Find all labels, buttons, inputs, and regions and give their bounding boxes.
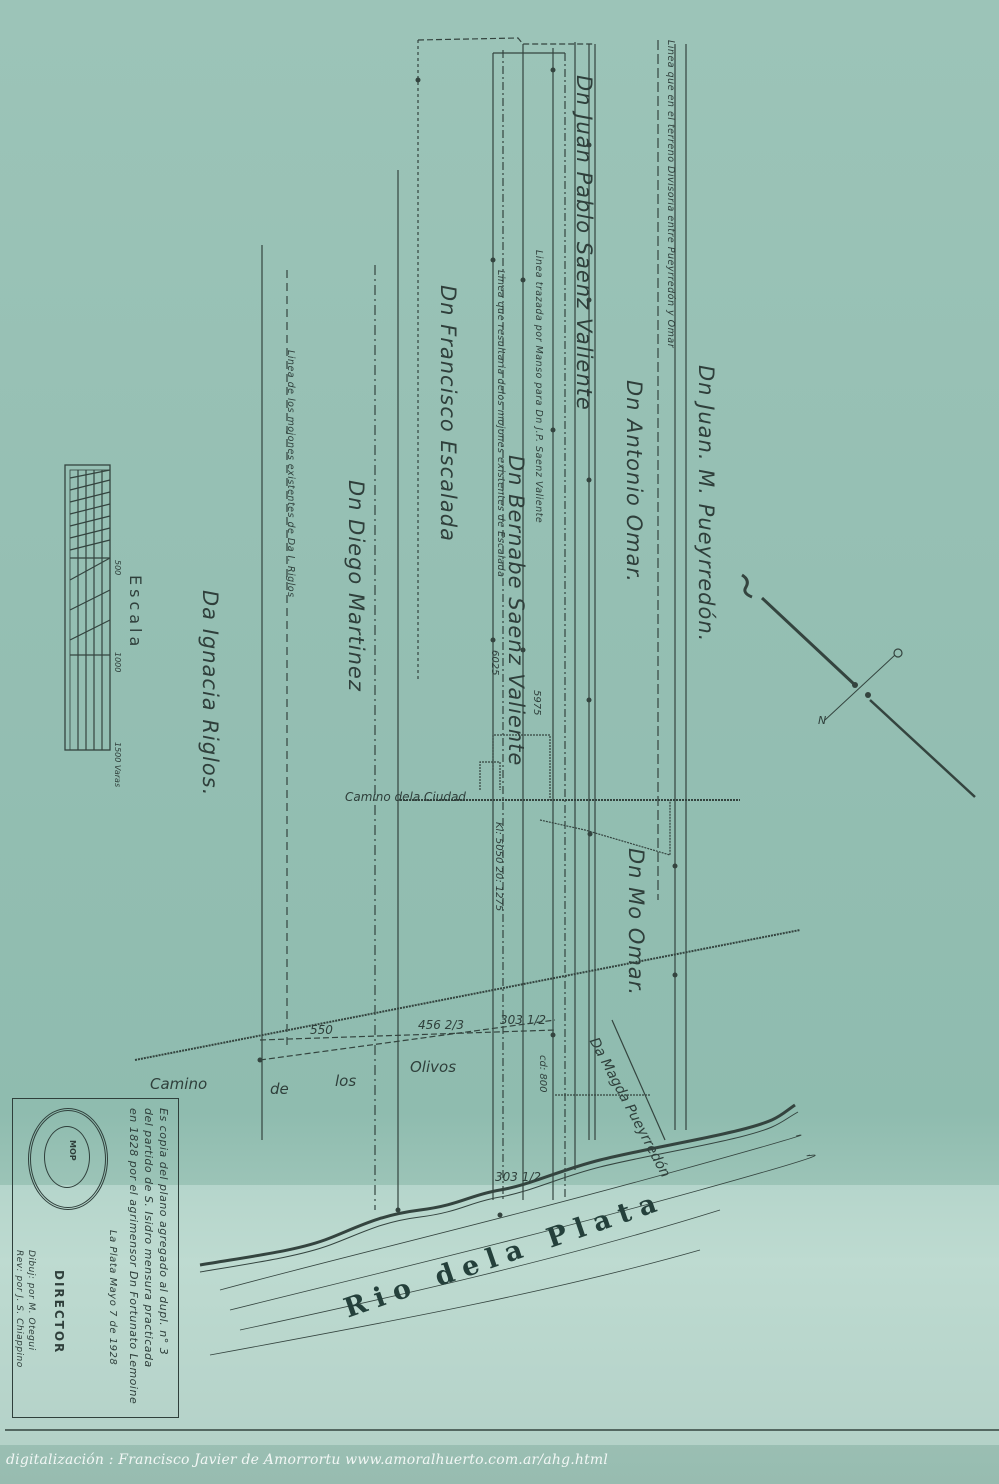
measure-550: 550 xyxy=(310,1023,333,1037)
certification-role: DIRECTOR xyxy=(52,1270,66,1354)
measure-456: 456 2/3 xyxy=(418,1018,464,1032)
note-manso: Linea trazada por Manso para Dn J.P. Sae… xyxy=(533,250,544,523)
scale-tick-1500: 1500 Varas xyxy=(113,742,122,787)
measure-cd800: cd: 800 xyxy=(537,1055,548,1092)
owner-label-martinez: Dn Diego Martinez xyxy=(344,480,368,692)
road-camino-ciudad: Camino dela Ciudad xyxy=(345,790,466,804)
stamp-center: MOP xyxy=(68,1140,77,1161)
owner-label-juan-pablo: Dn Juan Pablo Saenz Valiente xyxy=(572,75,596,411)
road-olivos-3: los xyxy=(335,1072,356,1090)
owner-label-mo-omar: Dn Mo Omar. xyxy=(624,848,648,996)
owner-label-antonio-omar: Dn Antonio Omar. xyxy=(622,380,646,583)
scale-title: Escala xyxy=(126,575,145,650)
certification-drawn-by: Dibuj: por M. Otegui xyxy=(26,1250,36,1351)
scale-tick-500: 500 xyxy=(113,560,122,575)
certification-line-2: del partido de S. Isidro mensura practic… xyxy=(142,1108,155,1368)
owner-label-escalada: Dn Francisco Escalada xyxy=(436,285,460,542)
measure-303-top: 303 1/2 xyxy=(500,1013,546,1027)
road-olivos-4: Olivos xyxy=(410,1058,456,1076)
owner-label-pueyrredon: Dn Juan. M. Pueyrredón. xyxy=(694,365,718,642)
stamp-inner-ring xyxy=(44,1126,90,1188)
road-olivos-2: de xyxy=(270,1080,289,1098)
certification-line-1: Es copia del plano agregado al dupl. n° … xyxy=(157,1108,170,1355)
note-divisoria: Linea que en el terreno Divisoria entre … xyxy=(665,40,676,348)
compass-north-label: N xyxy=(818,714,826,727)
note-mojones-riglos: Linea de los mojones existentes de Da I.… xyxy=(285,350,296,598)
measure-5975: 5975 xyxy=(531,690,542,715)
measure-kilometric: Kl: 5050 20: 1275 xyxy=(493,822,504,911)
scale-tick-1000: 1000 xyxy=(113,652,122,672)
road-olivos-1: Camino xyxy=(150,1075,207,1093)
certification-date: La Plata Mayo 7 de 1928 xyxy=(107,1230,118,1365)
note-mojones-escalada: Linea que resultaria delos mojones exist… xyxy=(495,270,506,577)
certification-line-3: en 1828 por el agrimensor Dn Fortunato L… xyxy=(127,1108,140,1404)
certification-revised-by: Rev: por J. S. Chiappino xyxy=(14,1250,24,1368)
owner-label-riglos: Da Ignacia Riglos. xyxy=(198,590,222,796)
owner-label-bernabe: Dn Bernabe Saenz Valiente xyxy=(504,455,528,766)
digitization-credit: digitalización : Francisco Javier de Amo… xyxy=(6,1452,608,1468)
measure-303-bottom: 303 1/2 xyxy=(495,1170,541,1184)
measure-6025: 6025 xyxy=(489,650,500,675)
